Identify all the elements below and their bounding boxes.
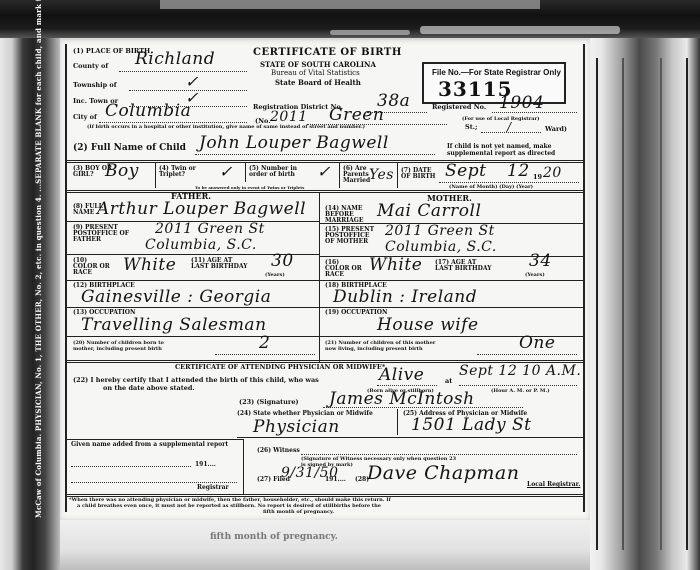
footnote-line-2: a child breathes even once, it must not … xyxy=(77,503,381,509)
parents-married-value: Yes xyxy=(369,166,394,184)
city-value: Columbia xyxy=(105,102,191,120)
children-born-value: 2 xyxy=(259,334,270,352)
dob-label: (7) DATE OF BIRTH xyxy=(401,168,437,180)
sex-value: Boy xyxy=(105,162,139,180)
st-label: St.; xyxy=(465,124,477,131)
children-living-value: One xyxy=(519,334,555,352)
physician-address-value: 1501 Lady St xyxy=(411,416,531,434)
order-check: ✓ xyxy=(317,162,330,181)
scan-left-margin: McCaw of Columbia. PHYSICIAN, No. 1, THE… xyxy=(0,38,60,570)
mother-name-value: Mai Carroll xyxy=(377,202,481,220)
local-registrar-signature: Dave Chapman xyxy=(367,464,519,482)
street-name: Green xyxy=(329,106,384,124)
scan-top-edge xyxy=(0,0,700,38)
mother-address-line2: Columbia, S.C. xyxy=(385,238,497,256)
father-race-value: White xyxy=(123,256,176,274)
mother-race-value: White xyxy=(369,256,422,274)
given-name-label: Given name added from a supplemental rep… xyxy=(71,442,228,448)
father-name-value: Arthur Louper Bagwell xyxy=(97,200,306,218)
born-status-value: Alive xyxy=(379,366,424,384)
filed-year-suffix: 191.... xyxy=(325,477,346,483)
children-living-label: (21) Number of children of this mother n… xyxy=(325,340,445,352)
local-registrar-label: Local Registrar. xyxy=(527,482,580,488)
father-years-label: (Years) xyxy=(265,272,285,278)
order-label: (5) Number in order of birth xyxy=(249,166,305,178)
footnote-line-3: fifth month of pregnancy. xyxy=(263,509,334,515)
local-registrar-note: (For use of Local Registrar) xyxy=(462,116,539,122)
township-label: Township of xyxy=(73,82,117,89)
child-name-label: (2) Full Name of Child xyxy=(73,144,186,153)
scan-right-edge xyxy=(590,38,700,570)
role-value: Physician xyxy=(253,418,340,436)
mother-birthplace-value: Dublin : Ireland xyxy=(333,288,477,306)
mother-address-label: (15) PRESENT POSTOFFICE OF MOTHER xyxy=(325,227,377,245)
mother-age-value: 34 xyxy=(529,252,552,270)
scan-bottom-edge: fifth month of pregnancy. xyxy=(60,520,590,570)
certify-text-2: on the date above stated. xyxy=(103,385,195,392)
county-label: County of xyxy=(73,63,108,70)
street-prefix: (No. xyxy=(255,118,271,125)
file-number-box: File No.—For State Registrar Only 33115 xyxy=(422,62,566,104)
county-value: Richland xyxy=(135,50,215,68)
mother-name-label: (14) NAME BEFORE MARRIAGE xyxy=(325,206,375,224)
attendant-heading: CERTIFICATE OF ATTENDING PHYSICIAN OR MI… xyxy=(175,364,385,371)
twin-label: (4) Twin or Triplet? xyxy=(159,166,207,178)
children-born-label: (20) Number of children born to mother, … xyxy=(73,340,183,352)
mother-years-label: (Years) xyxy=(525,272,545,278)
time-sub: (Hour A. M. or P. M.) xyxy=(491,388,550,394)
board-name: State Board of Health xyxy=(275,78,361,87)
registrar-label: Registrar xyxy=(197,485,229,491)
at-label: at xyxy=(445,378,452,385)
signature-label: (23) (Signature) xyxy=(239,399,299,406)
supplemental-year: 191.... xyxy=(195,462,216,468)
city-label: City of xyxy=(73,114,97,121)
file-number-label: File No.—For State Registrar Only xyxy=(432,68,561,77)
bureau-name: Bureau of Vital Statistics xyxy=(271,69,360,78)
father-race-label: (10) COLOR OR RACE xyxy=(73,258,113,276)
birth-certificate: (1) PLACE OF BIRTH County of Richland To… xyxy=(60,40,590,520)
father-age-value: 30 xyxy=(271,252,294,270)
registered-no-label: Registered No. xyxy=(432,104,486,111)
dob-month: Sept xyxy=(445,162,486,180)
father-address-line2: Columbia, S.C. xyxy=(145,236,257,254)
street-number: 2011 xyxy=(270,108,308,126)
state-name: STATE OF SOUTH CAROLINA xyxy=(260,60,376,69)
physician-signature: James McIntosh xyxy=(329,390,475,408)
dob-year-prefix: 19 xyxy=(533,174,542,181)
registered-no-value: 1904 xyxy=(499,94,544,112)
margin-instructions: McCaw of Columbia. PHYSICIAN, No. 1, THE… xyxy=(34,78,48,518)
child-name-value: John Louper Bagwell xyxy=(199,134,389,152)
bleed-through-text: fifth month of pregnancy. xyxy=(210,532,338,542)
certify-text-1: (22) I hereby certify that I attended th… xyxy=(73,377,319,384)
mother-occupation-value: House wife xyxy=(377,316,479,334)
dob-day: 12 xyxy=(507,162,530,180)
st-value: / xyxy=(507,118,512,136)
dob-year: 20 xyxy=(543,164,562,182)
witness-label: (26) Witness xyxy=(257,448,300,454)
birth-time-value: Sept 12 10 A.M. xyxy=(459,362,581,380)
twin-check: ✓ xyxy=(219,162,232,181)
certificate-title: CERTIFICATE OF BIRTH xyxy=(253,48,402,57)
not-named-note-2: supplemental report as directed xyxy=(447,151,555,157)
father-birthplace-value: Gainesville : Georgia xyxy=(81,288,271,306)
ward-label: Ward) xyxy=(545,126,567,133)
father-age-label: (11) AGE AT LAST BIRTHDAY xyxy=(191,258,251,270)
father-occupation-value: Travelling Salesman xyxy=(81,316,267,334)
mother-race-label: (16) COLOR OR RACE xyxy=(325,260,365,278)
father-address-label: (9) PRESENT POSTOFFICE OF FATHER xyxy=(73,225,133,243)
certificate-form: (1) PLACE OF BIRTH County of Richland To… xyxy=(65,44,585,512)
mother-age-label: (17) AGE AT LAST BIRTHDAY xyxy=(435,260,495,272)
